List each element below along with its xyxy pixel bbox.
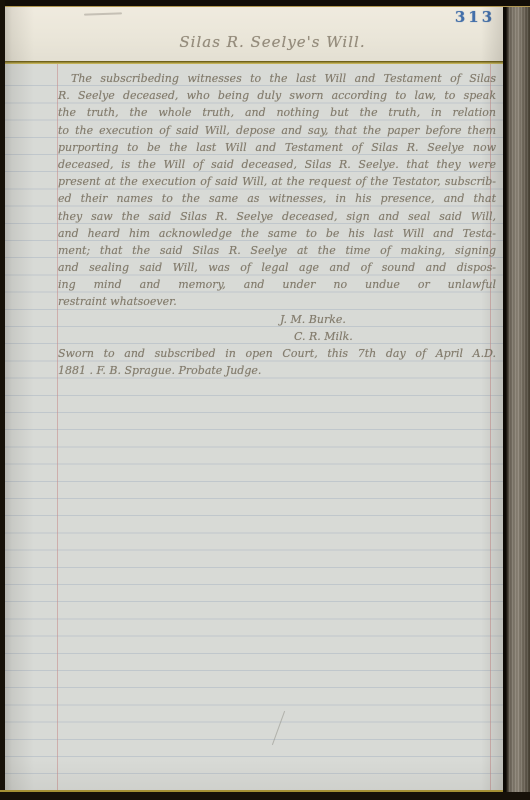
- manuscript-line: to the execution of said Will, depose an…: [58, 122, 496, 139]
- manuscript-line: and heard him acknowledge the same to be…: [58, 225, 496, 242]
- page-number-stamp: 313: [452, 8, 498, 26]
- manuscript-line: present at the execution of said Will, a…: [58, 173, 496, 190]
- left-edge: [0, 0, 5, 800]
- manuscript-line: they saw the said Silas R. Seelye deceas…: [58, 208, 496, 225]
- header-gold-rule: [0, 61, 503, 64]
- scanned-ledger-page: 313 Silas R. Seelye's Will. The subscrib…: [0, 0, 530, 800]
- manuscript-line: restraint whatsoever.: [58, 293, 496, 310]
- witness-signature: C. R. Milk.: [58, 328, 496, 345]
- manuscript-line: R. Seelye deceased, who being duly sworn…: [58, 87, 496, 104]
- book-binding-edge: [503, 0, 530, 800]
- top-edge: [0, 0, 530, 7]
- bottom-edge: [0, 792, 530, 800]
- manuscript-line: and sealing said Will, was of legal age …: [58, 259, 496, 276]
- manuscript-line: ing mind and memory, and under no undue …: [58, 276, 496, 293]
- manuscript-line: ed their names to the same as witnesses,…: [58, 190, 496, 207]
- page-title: Silas R. Seelye's Will.: [0, 33, 503, 51]
- manuscript-line: ment; that the said Silas R. Seelye at t…: [58, 242, 496, 259]
- manuscript-body: The subscribeding witnesses to the last …: [58, 70, 496, 379]
- closing-line: 1881 . F. B. Sprague. Probate Judge.: [58, 362, 496, 379]
- paper-sheet: 313 Silas R. Seelye's Will. The subscrib…: [0, 0, 503, 800]
- manuscript-line: deceased, is the Will of said deceased, …: [58, 156, 496, 173]
- manuscript-line: the truth, the whole truth, and nothing …: [58, 104, 496, 121]
- witness-signature: J. M. Burke.: [58, 311, 496, 328]
- manuscript-line: The subscribeding witnesses to the last …: [58, 70, 496, 87]
- manuscript-line: purporting to be the last Will and Testa…: [58, 139, 496, 156]
- closing-line: Sworn to and subscribed in open Court, t…: [58, 345, 496, 362]
